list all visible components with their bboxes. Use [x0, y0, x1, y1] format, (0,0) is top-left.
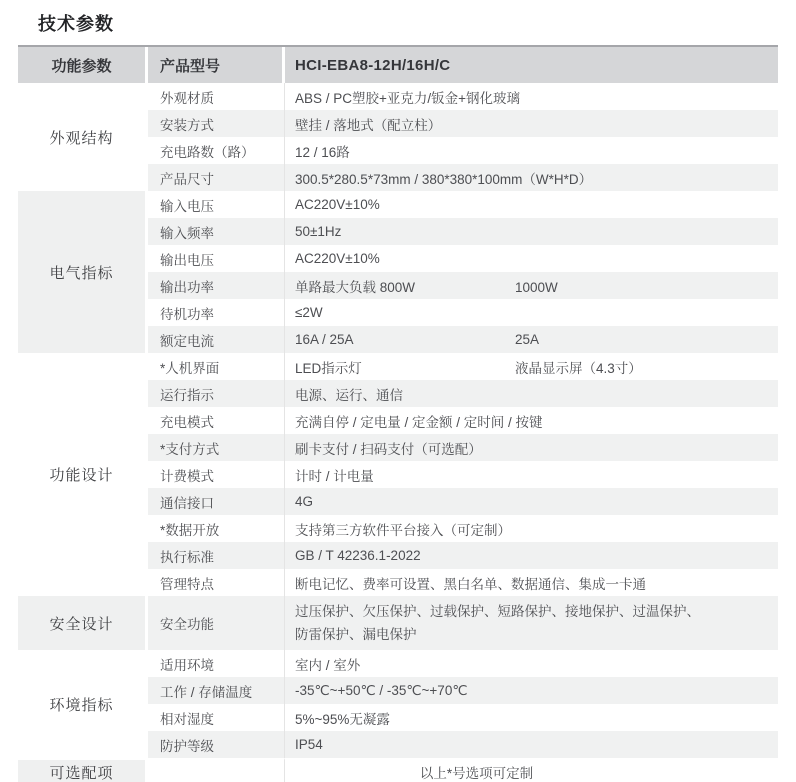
footer-note: 以上*号选项可定制: [285, 758, 778, 782]
group-cell-electrical: 电气指标: [18, 191, 148, 353]
row-value-text: 支持第三方软件平台接入（可定制）: [295, 523, 511, 538]
row-value-text: 室内 / 室外: [295, 658, 360, 673]
row-label: 输出功率: [148, 272, 285, 299]
row-label: 执行标准: [148, 542, 285, 569]
row-value: LED指示灯液晶显示屏（4.3寸）: [285, 353, 778, 380]
row-value-text: 壁挂 / 落地式（配立柱）: [295, 118, 441, 133]
group-cell-appearance: 外观结构: [18, 83, 148, 191]
row-value-text: ABS / PC塑胶+亚克力/钣金+钢化玻璃: [295, 91, 520, 106]
row-value-text: 过压保护、欠压保护、过载保护、短路保护、接地保护、过温保护、: [295, 600, 778, 623]
row-value-text: GB / T 42236.1-2022: [295, 548, 421, 563]
row-label: 额定电流: [148, 326, 285, 353]
row-label: 工作 / 存储温度: [148, 677, 285, 704]
row-value: 单路最大负载 800W1000W: [285, 272, 778, 299]
row-value-text: 断电记忆、费率可设置、黑白名单、数据通信、集成一卡通: [295, 577, 646, 592]
row-value-text-2: 液晶显示屏（4.3寸）: [515, 361, 642, 376]
row-value-text-2: 1000W: [515, 280, 558, 295]
table-row: 外观结构 外观材质 ABS / PC塑胶+亚克力/钣金+钢化玻璃: [18, 83, 778, 110]
row-value: 50±1Hz: [285, 218, 778, 245]
row-value-text: 12 / 16路: [295, 145, 350, 160]
row-value-text-2: 25A: [515, 332, 539, 347]
row-value-text: AC220V±10%: [295, 197, 380, 212]
row-value-text: 16A / 25A: [295, 332, 515, 347]
row-value: AC220V±10%: [285, 191, 778, 218]
page-title: 技术参数: [38, 10, 796, 36]
group-cell-environment: 环境指标: [18, 650, 148, 758]
row-value-text: ≤2W: [295, 305, 323, 320]
row-value-text: 5%~95%无凝露: [295, 712, 390, 727]
row-label: 适用环境: [148, 650, 285, 677]
row-label: 安全功能: [148, 596, 285, 650]
table-row: 环境指标 适用环境 室内 / 室外: [18, 650, 778, 677]
row-label: 通信接口: [148, 488, 285, 515]
row-label: 输出电压: [148, 245, 285, 272]
row-value: 300.5*280.5*73mm / 380*380*100mm（W*H*D）: [285, 164, 778, 191]
table-row: 安全设计 安全功能 过压保护、欠压保护、过载保护、短路保护、接地保护、过温保护、…: [18, 596, 778, 650]
spec-sheet: 技术参数 功能参数 产品型号 HCI-EBA8-12H/16H/C 外观结构 外…: [0, 10, 796, 782]
spec-table: 功能参数 产品型号 HCI-EBA8-12H/16H/C 外观结构 外观材质 A…: [18, 45, 778, 782]
row-value: 12 / 16路: [285, 137, 778, 164]
row-label: 相对湿度: [148, 704, 285, 731]
row-value: 电源、运行、通信: [285, 380, 778, 407]
group-cell-optional: 可选配项: [18, 758, 148, 782]
row-label: 防护等级: [148, 731, 285, 758]
row-value: 5%~95%无凝露: [285, 704, 778, 731]
row-value: -35℃~+50℃ / -35℃~+70℃: [285, 677, 778, 704]
row-value-text: AC220V±10%: [295, 251, 380, 266]
row-value: 壁挂 / 落地式（配立柱）: [285, 110, 778, 137]
row-value-text: LED指示灯: [295, 357, 515, 377]
header-row: 功能参数 产品型号 HCI-EBA8-12H/16H/C: [18, 47, 778, 83]
row-value: 支持第三方软件平台接入（可定制）: [285, 515, 778, 542]
table-row-footer: 可选配项 以上*号选项可定制: [18, 758, 778, 782]
row-value: 过压保护、欠压保护、过载保护、短路保护、接地保护、过温保护、 防雷保护、漏电保护: [285, 596, 778, 650]
row-label: 产品尺寸: [148, 164, 285, 191]
row-value-text: -35℃~+50℃ / -35℃~+70℃: [295, 683, 468, 698]
table-row: 功能设计 *人机界面 LED指示灯液晶显示屏（4.3寸）: [18, 353, 778, 380]
header-product-model-value: HCI-EBA8-12H/16H/C: [285, 47, 778, 83]
row-value-text: 计时 / 计电量: [295, 469, 374, 484]
row-label: 外观材质: [148, 83, 285, 110]
row-value-text: 4G: [295, 494, 313, 509]
row-value: 刷卡支付 / 扫码支付（可选配）: [285, 434, 778, 461]
row-value-text: IP54: [295, 737, 323, 752]
row-value: 断电记忆、费率可设置、黑白名单、数据通信、集成一卡通: [285, 569, 778, 596]
footer-empty-cell: [148, 758, 285, 782]
row-value-text: 300.5*280.5*73mm / 380*380*100mm（W*H*D）: [295, 172, 592, 187]
row-label: 待机功率: [148, 299, 285, 326]
row-value-text-2: 防雷保护、漏电保护: [295, 623, 778, 646]
row-value-text: 充满自停 / 定电量 / 定金额 / 定时间 / 按键: [295, 415, 543, 430]
row-label: *支付方式: [148, 434, 285, 461]
row-label: 管理特点: [148, 569, 285, 596]
row-value: ≤2W: [285, 299, 778, 326]
row-value: 充满自停 / 定电量 / 定金额 / 定时间 / 按键: [285, 407, 778, 434]
row-label: 充电模式: [148, 407, 285, 434]
group-cell-safety: 安全设计: [18, 596, 148, 650]
table-row: 电气指标 输入电压 AC220V±10%: [18, 191, 778, 218]
row-value-text: 单路最大负载 800W: [295, 276, 515, 296]
header-function-params: 功能参数: [18, 47, 148, 83]
row-value-text: 刷卡支付 / 扫码支付（可选配）: [295, 442, 482, 457]
row-value: ABS / PC塑胶+亚克力/钣金+钢化玻璃: [285, 83, 778, 110]
row-value: IP54: [285, 731, 778, 758]
table-header: 功能参数 产品型号 HCI-EBA8-12H/16H/C: [18, 47, 778, 83]
row-label: 充电路数（路）: [148, 137, 285, 164]
row-value: 16A / 25A25A: [285, 326, 778, 353]
row-label: *人机界面: [148, 353, 285, 380]
group-cell-function: 功能设计: [18, 353, 148, 596]
row-label: 输入频率: [148, 218, 285, 245]
header-product-model-label: 产品型号: [148, 47, 285, 83]
row-value: AC220V±10%: [285, 245, 778, 272]
row-label: *数据开放: [148, 515, 285, 542]
row-label: 运行指示: [148, 380, 285, 407]
row-label: 计费模式: [148, 461, 285, 488]
row-label: 输入电压: [148, 191, 285, 218]
row-value-text: 电源、运行、通信: [295, 388, 403, 403]
row-value: 4G: [285, 488, 778, 515]
row-label: 安装方式: [148, 110, 285, 137]
row-value: 计时 / 计电量: [285, 461, 778, 488]
row-value-text: 50±1Hz: [295, 224, 341, 239]
row-value: 室内 / 室外: [285, 650, 778, 677]
row-value: GB / T 42236.1-2022: [285, 542, 778, 569]
